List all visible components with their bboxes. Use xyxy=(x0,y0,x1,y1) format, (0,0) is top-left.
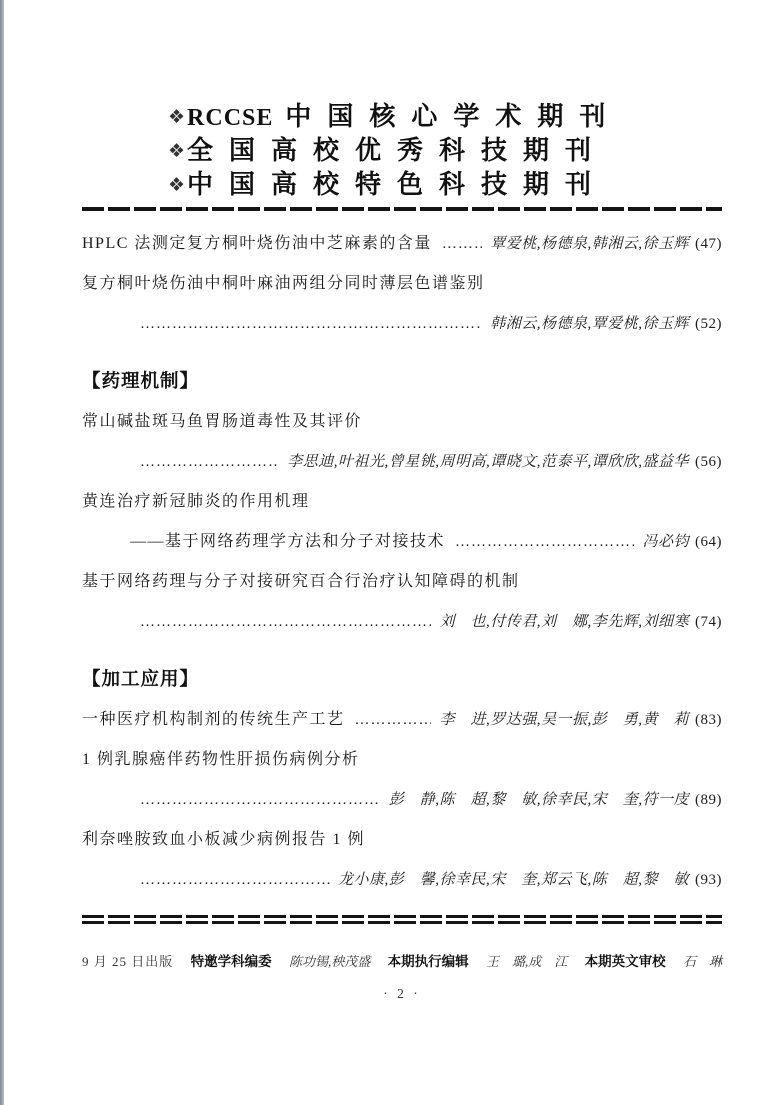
toc-entry-page-number: (74) xyxy=(695,609,722,635)
english-proofreader-label: 本期英文审校 xyxy=(585,950,666,970)
knot-badge-icon: ❖ xyxy=(168,106,185,128)
english-proofreader-names: 石 琳 xyxy=(683,951,722,970)
toc-entry: HPLC 法测定复方桐叶烧伤油中芝麻素的含量 ……………………………………………… xyxy=(82,231,722,257)
toc-entry-title: 黄连治疗新冠肺炎的作用机理 xyxy=(82,489,310,515)
toc-entry-page-number: (64) xyxy=(695,529,722,555)
toc-entry-authors: 李 进,罗达强,吴一振,彭 勇,黄 莉 xyxy=(439,707,689,733)
toc-leader: …………………………………………………………………………………………………………… xyxy=(140,311,482,337)
masthead-line-1: ❖RCCSE中国核心学术期刊 xyxy=(168,100,722,134)
toc-entry: 1 例乳腺癌伴药物性肝损伤病例分析 xyxy=(82,747,722,773)
leader-dots: …………………………………………………………………………………………………………… xyxy=(140,454,279,470)
toc-entry-page-number: (93) xyxy=(695,867,722,893)
table-of-contents: HPLC 法测定复方桐叶烧伤油中芝麻素的含量 ……………………………………………… xyxy=(82,211,722,893)
leader-dots: …………………………………………………………………………………………………………… xyxy=(140,316,482,332)
toc-entry-page-number: (83) xyxy=(695,707,722,733)
toc-entry: 复方桐叶烧伤油中桐叶麻油两组分同时薄层色谱鉴别 xyxy=(82,271,722,297)
footer-divider-rule xyxy=(82,915,722,924)
toc-entry-page-number: (56) xyxy=(695,449,722,475)
special-editors-names: 陈功锡,秧茂盛 xyxy=(289,951,370,970)
section-heading-label: 【加工应用】 xyxy=(82,667,199,693)
masthead-brand: RCCSE xyxy=(187,105,273,131)
toc-entry: 黄连治疗新冠肺炎的作用机理 xyxy=(82,489,722,515)
toc-entry-subtitle-line: ——基于网络药理学方法和分子对接技术 ………………………………………………………… xyxy=(82,529,722,555)
toc-entry-title: HPLC 法测定复方桐叶烧伤油中芝麻素的含量 xyxy=(82,231,432,257)
masthead-text: 中国高校特色科技期刊 xyxy=(187,170,607,200)
toc-entry-title: 基于网络药理与分子对接研究百合行治疗认知障碍的机制 xyxy=(82,569,520,595)
journal-toc-page: ❖RCCSE中国核心学术期刊 ❖全国高校优秀科技期刊 ❖中国高校特色科技期刊 H… xyxy=(0,0,784,1105)
toc-entry-title: 利奈唑胺致血小板减少病例报告 1 例 xyxy=(82,827,365,853)
toc-entry-page-number: (52) xyxy=(695,311,722,337)
toc-entry-authors: 李思迪,叶祖光,曾星铫,周明高,谭晓文,范泰平,谭欣欣,盛益华 xyxy=(287,449,689,475)
footer: 9 月 25 日出版 特邀学科编委 陈功锡,秧茂盛 本期执行编辑 王 璐,成 江… xyxy=(82,950,722,970)
page-number: · 2 · xyxy=(82,986,722,1002)
executive-editors-names: 王 璐,成 江 xyxy=(486,951,567,970)
executive-editors-label: 本期执行编辑 xyxy=(388,950,469,970)
toc-entry-authors: 刘 也,付传君,刘 娜,李先辉,刘细寒 xyxy=(439,609,689,635)
leader-dots: …………………………………………………………………………………………………………… xyxy=(140,872,330,888)
toc-leader: …………………………………………………………………………………………………………… xyxy=(140,867,330,893)
masthead: ❖RCCSE中国核心学术期刊 ❖全国高校优秀科技期刊 ❖中国高校特色科技期刊 xyxy=(82,0,722,202)
toc-entry-title: 一种医疗机构制剂的传统生产工艺 xyxy=(82,707,345,733)
toc-entry: 基于网络药理与分子对接研究百合行治疗认知障碍的机制 xyxy=(82,569,722,595)
toc-entry-title: 常山碱盐斑马鱼胃肠道毒性及其评价 xyxy=(82,409,362,435)
toc-leader: …………………………………………………………………………………………………………… xyxy=(355,707,432,733)
toc-entry-page-number: (47) xyxy=(695,231,722,257)
knot-badge-icon: ❖ xyxy=(168,174,185,196)
toc-entry-authors: 冯必钧 xyxy=(642,529,689,555)
section-heading: 【药理机制】 xyxy=(82,369,722,395)
toc-entry-subtitle: ——基于网络药理学方法和分子对接技术 xyxy=(130,529,445,555)
knot-badge-icon: ❖ xyxy=(168,140,185,162)
special-editors-label: 特邀学科编委 xyxy=(191,950,272,970)
toc-entry: 一种医疗机构制剂的传统生产工艺 ………………………………………………………………… xyxy=(82,707,722,733)
toc-leader: …………………………………………………………………………………………………………… xyxy=(140,449,279,475)
leader-dots: …………………………………………………………………………………………………………… xyxy=(140,792,381,808)
masthead-line-2: ❖全国高校优秀科技期刊 xyxy=(168,134,722,168)
masthead-line-3: ❖中国高校特色科技期刊 xyxy=(168,168,722,202)
toc-leader: …………………………………………………………………………………………………………… xyxy=(140,609,431,635)
publish-date: 9 月 25 日出版 xyxy=(82,951,173,970)
masthead-text: 全国高校优秀科技期刊 xyxy=(187,136,607,166)
toc-entry-authors: 覃爱桃,杨德泉,韩湘云,徐玉辉 xyxy=(490,231,689,257)
footer-divider-line-bottom xyxy=(82,921,722,924)
scan-left-edge-shadow xyxy=(0,0,4,1105)
leader-dots: …………………………………………………………………………………………………………… xyxy=(140,614,431,630)
toc-entry-title: 复方桐叶烧伤油中桐叶麻油两组分同时薄层色谱鉴别 xyxy=(82,271,485,297)
toc-leader: …………………………………………………………………………………………………………… xyxy=(442,231,482,257)
toc-entry: 常山碱盐斑马鱼胃肠道毒性及其评价 xyxy=(82,409,722,435)
masthead-text: 中国核心学术期刊 xyxy=(285,102,621,132)
toc-leader: …………………………………………………………………………………………………………… xyxy=(455,529,634,555)
section-heading-label: 【药理机制】 xyxy=(82,369,199,395)
toc-entry-continuation: …………………………………………………………………………………………………………… xyxy=(82,867,722,893)
leader-dots: …………………………………………………………………………………………………………… xyxy=(455,534,634,550)
toc-entry-authors: 龙小康,彭 馨,徐幸民,宋 奎,郑云飞,陈 超,黎 敏 xyxy=(338,867,689,893)
toc-entry-page-number: (89) xyxy=(695,787,722,813)
toc-entry: 利奈唑胺致血小板减少病例报告 1 例 xyxy=(82,827,722,853)
toc-entry-continuation: …………………………………………………………………………………………………………… xyxy=(82,787,722,813)
toc-entry-continuation: …………………………………………………………………………………………………………… xyxy=(82,609,722,635)
toc-entry-continuation: …………………………………………………………………………………………………………… xyxy=(82,449,722,475)
toc-leader: …………………………………………………………………………………………………………… xyxy=(140,787,381,813)
toc-entry-authors: 彭 静,陈 超,黎 敏,徐幸民,宋 奎,符一庋 xyxy=(389,787,689,813)
toc-entry-title: 1 例乳腺癌伴药物性肝损伤病例分析 xyxy=(82,747,360,773)
toc-entry-authors: 韩湘云,杨德泉,覃爱桃,徐玉辉 xyxy=(490,311,689,337)
leader-dots: …………………………………………………………………………………………………………… xyxy=(442,236,482,252)
leader-dots: …………………………………………………………………………………………………………… xyxy=(355,712,432,728)
section-heading: 【加工应用】 xyxy=(82,667,722,693)
toc-entry-continuation: …………………………………………………………………………………………………………… xyxy=(82,311,722,337)
